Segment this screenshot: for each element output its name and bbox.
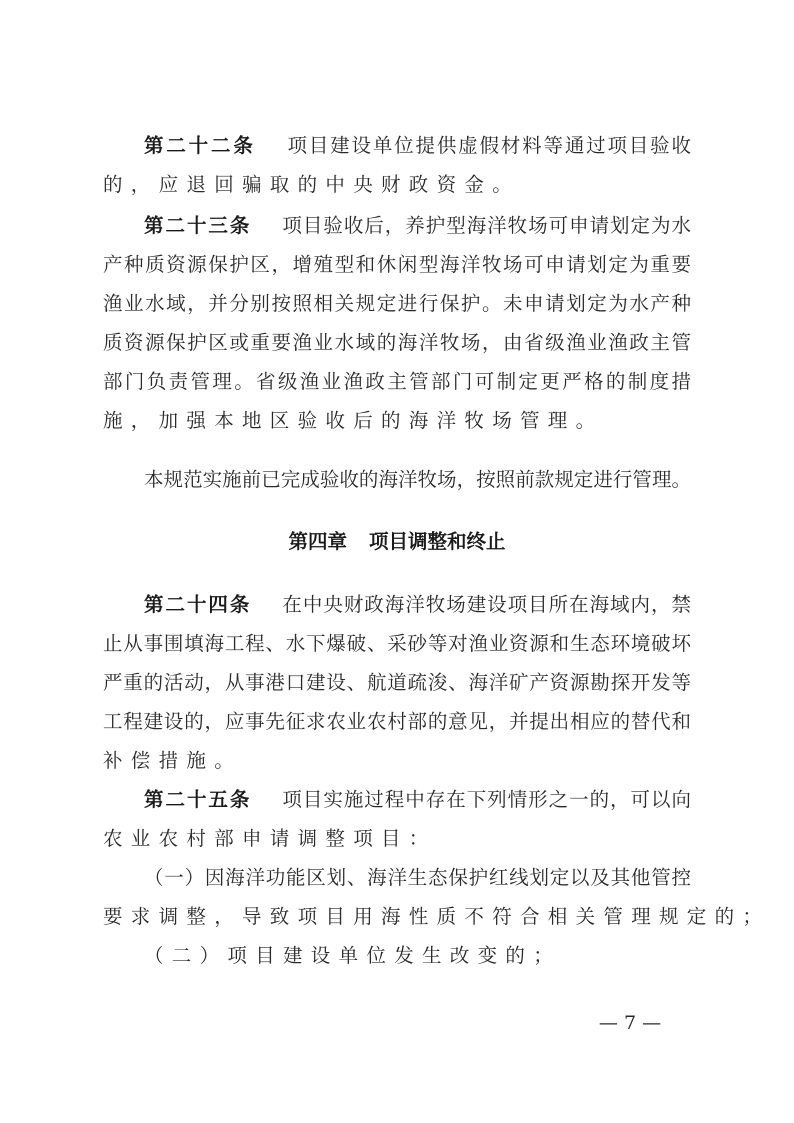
article-25-text: 项目实施过程中存在下列情形之一的，可以向 bbox=[281, 788, 691, 811]
article-23-line-5: 部门负责管理。省级渔业渔政主管部门可制定更严格的制度措 bbox=[103, 367, 691, 397]
article-24-line-5: 补偿措施。 bbox=[103, 746, 691, 776]
article-23-text: 项目验收后，养护型海洋牧场可申请划定为水 bbox=[281, 214, 691, 237]
document-page: 第二十二条项目建设单位提供虚假材料等通过项目验收 的，应退回骗取的中央财政资金。… bbox=[0, 0, 794, 1123]
article-23-line-4: 质资源保护区或重要渔业水域的海洋牧场，由省级渔业渔政主管 bbox=[103, 328, 691, 358]
article-24-line-1: 第二十四条在中央财政海洋牧场建设项目所在海域内，禁 bbox=[144, 590, 691, 620]
chapter-title: 项目调整和终止 bbox=[369, 530, 506, 553]
chapter-number: 第四章 bbox=[288, 530, 347, 553]
article-24-line-2: 止从事围填海工程、水下爆破、采砂等对渔业资源和生态环境破坏 bbox=[103, 629, 691, 659]
article-23-line-2: 产种质资源保护区，增殖型和休闲型海洋牧场可申请划定为重要 bbox=[103, 250, 691, 280]
article-23-line-3: 渔业水域，并分别按照相关规定进行保护。未申请划定为水产种 bbox=[103, 289, 691, 319]
article-24-text: 在中央财政海洋牧场建设项目所在海域内，禁 bbox=[281, 593, 691, 616]
page-number: — 7 — bbox=[590, 1008, 670, 1038]
article-23-line-6: 施，加强本地区验收后的海洋牧场管理。 bbox=[103, 406, 691, 436]
article-23-label: 第二十三条 bbox=[144, 214, 251, 237]
article-23-line-1: 第二十三条项目验收后，养护型海洋牧场可申请划定为水 bbox=[144, 211, 691, 241]
article-24-label: 第二十四条 bbox=[144, 593, 251, 616]
article-24-line-4: 工程建设的，应事先征求农业农村部的意见，并提出相应的替代和 bbox=[103, 707, 691, 737]
article-24-line-3: 严重的活动，从事港口建设、航道疏浚、海洋矿产资源勘探开发等 bbox=[103, 668, 691, 698]
article-25-item-2-line-1: （二）项目建设单位发生改变的； bbox=[144, 941, 691, 971]
article-25-item-1-line-2: 要求调整，导致项目用海性质不符合相关管理规定的； bbox=[103, 902, 691, 932]
article-23-extra-paragraph: 本规范实施前已完成验收的海洋牧场，按照前款规定进行管理。 bbox=[144, 465, 691, 495]
article-25-label: 第二十五条 bbox=[144, 788, 251, 811]
article-22-line-1: 第二十二条项目建设单位提供虚假材料等通过项目验收 bbox=[144, 131, 691, 161]
article-22-label: 第二十二条 bbox=[144, 134, 256, 157]
article-25-line-1: 第二十五条项目实施过程中存在下列情形之一的，可以向 bbox=[144, 785, 691, 815]
article-22-text: 项目建设单位提供虚假材料等通过项目验收 bbox=[286, 134, 691, 157]
article-22-line-2: 的，应退回骗取的中央财政资金。 bbox=[103, 170, 691, 200]
article-25-line-2: 农业农村部申请调整项目： bbox=[103, 824, 691, 854]
chapter-heading: 第四章项目调整和终止 bbox=[0, 527, 794, 557]
article-25-item-1-line-1: （一）因海洋功能区划、海洋生态保护红线划定以及其他管控 bbox=[144, 863, 691, 893]
